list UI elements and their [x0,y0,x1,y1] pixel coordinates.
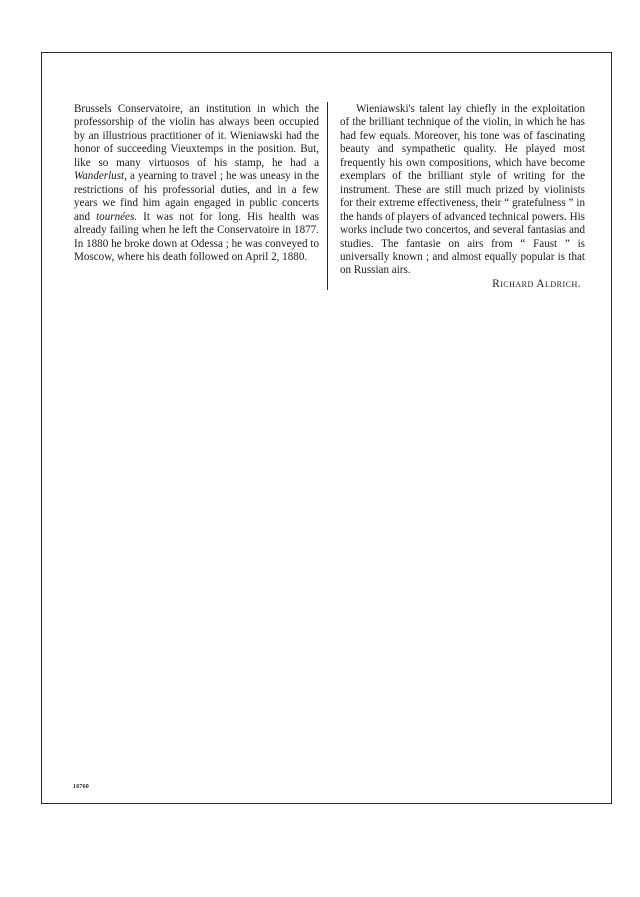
right-text-column: Wieniawski's talent lay chiefly in the e… [340,103,585,291]
author-signature: Richard Aldrich. [340,278,585,291]
tournees-emphasis: tournées. [96,211,137,223]
wanderlust-emphasis: Wanderlust [74,170,124,182]
right-paragraph: Wieniawski's talent lay chiefly in the e… [340,103,585,278]
left-paragraph-text-1: Brussels Conservatoire, an institution i… [74,103,319,169]
left-text-column: Brussels Conservatoire, an institution i… [74,103,319,264]
plate-number: 16760 [73,784,89,790]
column-divider-rule [327,102,328,290]
left-paragraph: Brussels Conservatoire, an institution i… [74,103,319,264]
